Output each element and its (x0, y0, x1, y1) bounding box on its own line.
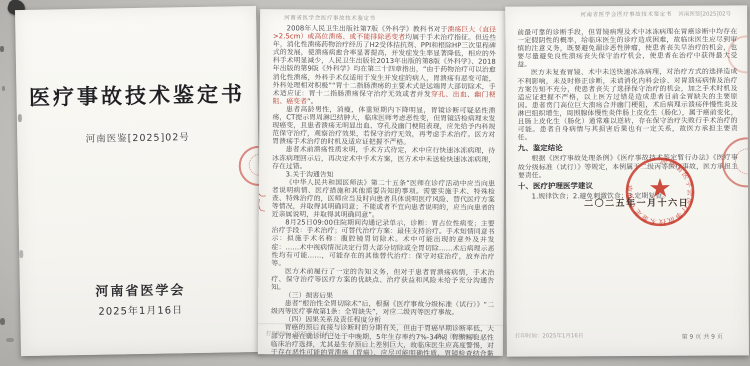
running-header: 河南省医学会医疗事故技术鉴定书 (284, 13, 376, 22)
paragraph: 医方术前履行了一定的告知义务，但对于患者胃溃疡病情，手术治疗、保守治疗等医疗方案… (271, 267, 494, 293)
running-header-doc-number: 河南医鉴[2025]02号 (678, 9, 731, 17)
paragraph: 患者术前溃疡性质未明，手术方式待定，术中应行快速冰冻病理，待冰冻病理回示后，再决… (272, 146, 495, 172)
text-run: 医方术前履行了一定的告知义务，但对于患者胃溃疡病情，手术治疗、保守治疗等医疗方案… (271, 267, 494, 291)
cover-date: 2025年1月16日 (20, 300, 261, 319)
text-run: 九、鉴定结论 (518, 144, 563, 153)
paragraph: 患者高龄男性，消瘦，体重短期内下降明显，胃镜诊断可疑恶性溃疡，CT提示胃周淋巴结… (272, 105, 495, 147)
text-run: 患者术前溃疡性质未明，手术方式待定，术中应行快速冰冻病理，待冰冻病理回示后，再决… (272, 146, 495, 170)
margin-annotation (258, 184, 266, 197)
margin-annotation (258, 199, 267, 212)
text-run: 患者“根治性全胃切除术”后，根据《医疗事故分级标准（试行）》“二级丙等医疗事故第… (271, 300, 494, 317)
cover-doc-number: 河南医鉴[2025]02号 (17, 128, 258, 146)
cover-title: 医疗事故技术鉴定书 (16, 78, 257, 112)
photo-artifact (18, 114, 22, 122)
footer-print-time: 打印时间：2025年1月16日 (266, 329, 335, 337)
footer-page-number: 第 9 页 共 9 页 (682, 332, 723, 341)
text-run: 8月25日09:00住院期间沟通记录单示，诊断：胃占位性病变；主要治疗手段：手术… (271, 219, 494, 267)
text-run: 前最可靠的诊断手段，但胃镜病理及术中冰冻病理在胃癌诊断中均存在一定假阴性的概率，… (517, 27, 737, 69)
text-run: 十、医疗护理医学建议 (518, 181, 593, 190)
photo-artifact (2, 86, 5, 91)
paragraph: 2008年人民卫生出版社第7版《外科学》教科书对于溃疡巨大（直径>2.5cm）或… (273, 24, 497, 106)
paragraph: 医方未复查胃镜、术中未送快速冰冻病理，对治疗方式的选择造成不利影响，未及时修正诊… (517, 68, 737, 142)
appraisal-seal: 河南省医学会医疗事故技术鉴定专用章 ★ (620, 152, 700, 232)
document-photo: 医疗事故技术鉴定书 河南医鉴[2025]02号 河南省医学会 2025年1月16… (0, 0, 750, 366)
content-page-8: 河南省医学会医疗事故技术鉴定书 2008年人民卫生出版社第7版《外科学》教科书对… (258, 9, 505, 356)
cover-page: 医疗事故技术鉴定书 河南医鉴[2025]02号 河南省医学会 2025年1月16… (15, 6, 262, 356)
paragraph: 《中华人民共和国医师法》第二十五条“医师在诊疗活动中应当向患者说明病情、医疗措施… (272, 178, 495, 220)
text-run: 《中华人民共和国医师法》第二十五条“医师在诊疗活动中应当向患者说明病情、医疗措施… (272, 178, 495, 219)
paragraph: 8月25日09:00住院期间沟通记录单示，诊断：胃占位性病变；主要治疗手段：手术… (271, 218, 494, 268)
photo-artifact (6, 338, 14, 342)
page8-body: 2008年人民卫生出版社第7版《外科学》教科书对于溃疡巨大（直径>2.5cm）或… (271, 24, 496, 356)
text-run: 医方未复查胃镜、术中未送快速冰冻病理，对治疗方式的选择造成不利影响，未及时修正诊… (517, 68, 737, 142)
cover-organization: 河南省医学会 (20, 278, 261, 301)
photo-artifact (0, 46, 4, 52)
text-run: 3.关于沟通告知 (286, 170, 334, 178)
content-page-9: 河南省医学会医疗事故技术鉴定书 河南医鉴[2025]02号 前最可靠的诊断手段，… (505, 5, 749, 356)
text-run: 均属于手术治疗指征。但近些年，消化性溃疡药物治疗经历了H2受体拮抗剂、PPI和根… (273, 33, 496, 98)
text-run: ”。 (307, 97, 318, 105)
paragraph: 前最可靠的诊断手段，但胃镜病理及术中冰冻病理在胃癌诊断中均存在一定假阴性的概率，… (517, 27, 737, 69)
footer-print-time: 打印时间：2025年1月16日 (515, 331, 584, 339)
text-run: 患者高龄男性，消瘦，体重短期内下降明显，胃镜诊断可疑恶性溃疡，CT提示胃周淋巴结… (272, 105, 495, 146)
seal-date: 二〇二五年一月十六日 (584, 195, 734, 209)
photo-artifact (19, 250, 23, 258)
footer-page-number: 第 8 页 共 9 页 (436, 331, 477, 340)
photo-artifact (0, 318, 5, 325)
running-header: 河南省医学会医疗事故技术鉴定书 (580, 10, 672, 18)
